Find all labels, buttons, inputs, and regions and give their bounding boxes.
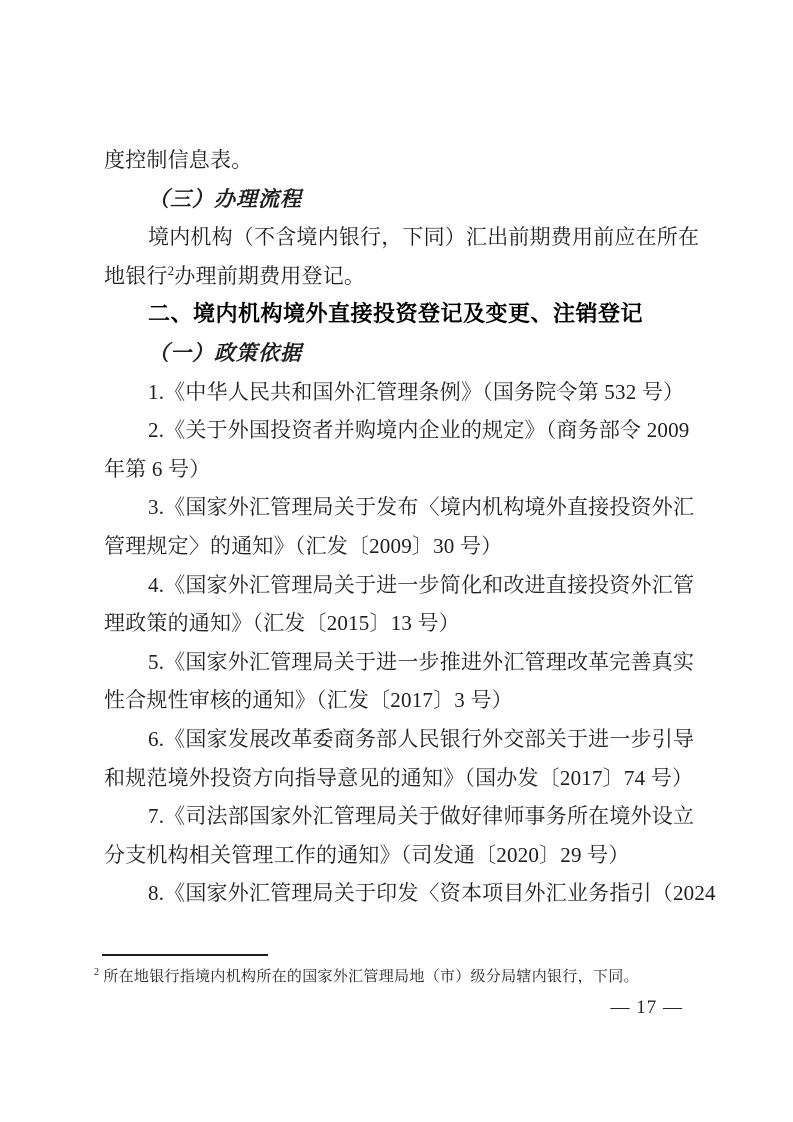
document-page: 度控制信息表。 （三）办理流程 境内机构（不含境内银行，下同）汇出前期费用前应在…	[0, 0, 793, 1122]
policy-item-line: 1.《中华人民共和国外汇管理条例》（国务院令第 532 号）	[104, 373, 688, 412]
footnote-text: 所在地银行指境内机构所在的国家外汇管理局地（市）级分局辖内银行，下同。	[103, 969, 639, 985]
footnote: 2所在地银行指境内机构所在的国家外汇管理局地（市）级分局辖内银行，下同。	[94, 966, 700, 989]
document-body: 度控制信息表。 （三）办理流程 境内机构（不含境内银行，下同）汇出前期费用前应在…	[104, 141, 688, 913]
policy-item-line: 理政策的通知》（汇发〔2015〕13 号）	[104, 604, 688, 643]
policy-item-line: 6.《国家发展改革委商务部人民银行外交部关于进一步引导	[104, 720, 688, 759]
policy-item-line: 8.《国家外汇管理局关于印发〈资本项目外汇业务指引（2024	[104, 874, 688, 913]
policy-item-line: 管理规定〉的通知》（汇发〔2009〕30 号）	[104, 527, 688, 566]
policy-item-line: 7.《司法部国家外汇管理局关于做好律师事务所在境外设立	[104, 797, 688, 836]
subsection-heading-process: （三）办理流程	[104, 180, 688, 219]
footnote-marker: 2	[94, 967, 99, 978]
policy-item-line: 年第 6 号）	[104, 450, 688, 489]
policy-item-line: 4.《国家外汇管理局关于进一步简化和改进直接投资外汇管	[104, 566, 688, 605]
paragraph-text: 地银行	[104, 264, 168, 288]
paragraph-text: 办理前期费用登记。	[174, 264, 365, 288]
subsection-heading-policy: （一）政策依据	[104, 334, 688, 373]
page-number: — 17 —	[611, 997, 684, 1019]
footnote-separator-rule	[102, 954, 268, 956]
paragraph-line-with-footnote-ref: 地银行2办理前期费用登记。	[104, 257, 688, 296]
section-heading: 二、境内机构境外直接投资登记及变更、注销登记	[104, 295, 688, 334]
paragraph-tail-line: 度控制信息表。	[104, 141, 688, 180]
policy-item-line: 3.《国家外汇管理局关于发布〈境内机构境外直接投资外汇	[104, 488, 688, 527]
paragraph-line: 境内机构（不含境内银行，下同）汇出前期费用前应在所在	[104, 218, 688, 257]
policy-item-line: 5.《国家外汇管理局关于进一步推进外汇管理改革完善真实	[104, 643, 688, 682]
policy-item-line: 性合规性审核的通知》（汇发〔2017〕3 号）	[104, 681, 688, 720]
policy-item-line: 分支机构相关管理工作的通知》（司发通〔2020〕29 号）	[104, 836, 688, 875]
policy-item-line: 2.《关于外国投资者并购境内企业的规定》（商务部令 2009	[104, 411, 688, 450]
policy-item-line: 和规范境外投资方向指导意见的通知》（国办发〔2017〕74 号）	[104, 759, 688, 798]
